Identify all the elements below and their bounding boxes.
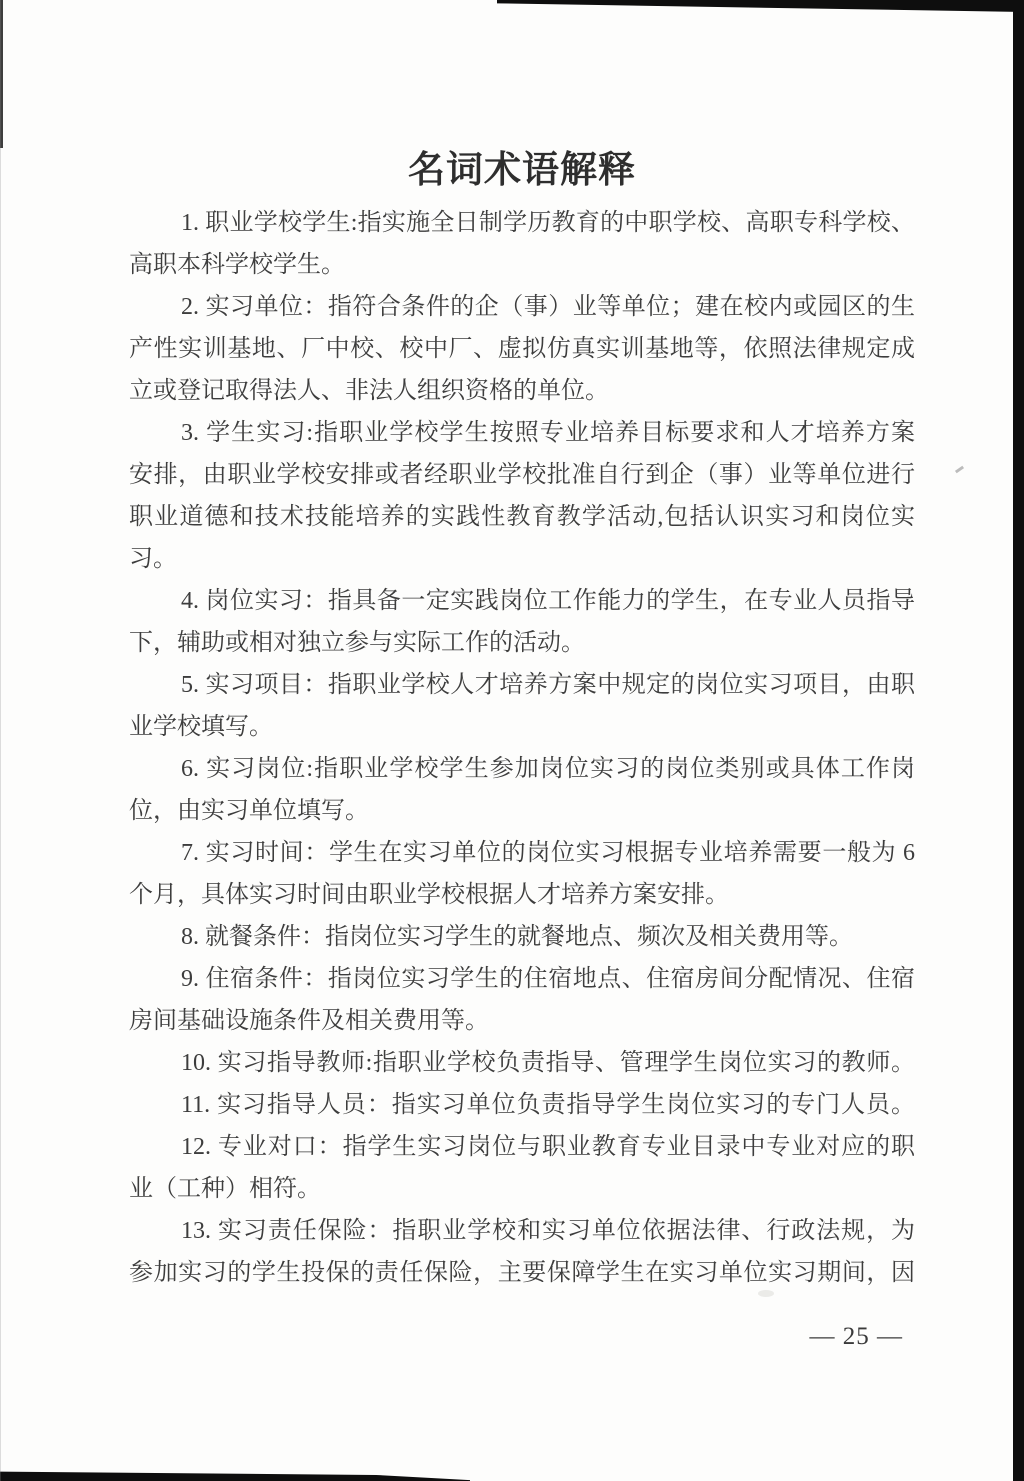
text-line: 个月，具体实习时间由职业学校根据人才培养方案安排。 [129, 874, 915, 916]
document-title: 名词术语解释 [129, 139, 915, 193]
page-number: — 25 — [129, 1323, 903, 1351]
text-line: 7. 实习时间：学生在实习单位的岗位实习根据专业培养需要一般为 6 [129, 832, 915, 874]
text-line: 11. 实习指导人员：指实习单位负责指导学生岗位实习的专门人员。 [129, 1084, 915, 1126]
scanned-document-page: 名词术语解释 1. 职业学校学生:指实施全日制学历教育的中职学校、高职专科学校、… [0, 0, 1024, 1481]
text-line: 职业道德和技术技能培养的实践性教育教学活动,包括认识实习和岗位实 [129, 496, 915, 538]
text-line: 房间基础设施条件及相关费用等。 [129, 1000, 915, 1042]
text-line: 13. 实习责任保险：指职业学校和实习单位依据法律、行政法规，为 [129, 1210, 915, 1252]
text-line: 3. 学生实习:指职业学校学生按照专业培养目标要求和人才培养方案 [129, 412, 915, 454]
scan-edge-top [497, 0, 1024, 12]
text-line: 高职本科学校学生。 [129, 244, 915, 286]
scan-artifact-tick [955, 466, 964, 474]
scan-edge-left-line [0, 0, 1, 1481]
scan-edge-bottom [0, 1470, 470, 1481]
text-line: 4. 岗位实习：指具备一定实践岗位工作能力的学生，在专业人员指导 [129, 580, 915, 622]
document-body: 1. 职业学校学生:指实施全日制学历教育的中职学校、高职专科学校、高职本科学校学… [129, 202, 915, 1294]
text-line: 业学校填写。 [129, 706, 915, 748]
text-line: 12. 专业对口：指学生实习岗位与职业教育专业目录中专业对应的职 [129, 1126, 915, 1168]
text-line: 下，辅助或相对独立参与实际工作的活动。 [129, 622, 915, 664]
text-line: 5. 实习项目：指职业学校人才培养方案中规定的岗位实习项目，由职 [129, 664, 915, 706]
scan-edge-right [1013, 0, 1024, 1481]
text-line: 参加实习的学生投保的责任保险，主要保障学生在实习单位实习期间，因 [129, 1252, 915, 1294]
text-line: 1. 职业学校学生:指实施全日制学历教育的中职学校、高职专科学校、 [129, 202, 915, 244]
text-line: 业（工种）相符。 [129, 1168, 915, 1210]
text-line: 立或登记取得法人、非法人组织资格的单位。 [129, 370, 915, 412]
text-line: 6. 实习岗位:指职业学校学生参加岗位实习的岗位类别或具体工作岗 [129, 748, 915, 790]
text-line: 习。 [129, 538, 915, 580]
text-line: 产性实训基地、厂中校、校中厂、虚拟仿真实训基地等，依照法律规定成 [129, 328, 915, 370]
text-line: 安排，由职业学校安排或者经职业学校批准自行到企（事）业等单位进行 [129, 454, 915, 496]
text-line: 9. 住宿条件：指岗位实习学生的住宿地点、住宿房间分配情况、住宿 [129, 958, 915, 1000]
text-line: 2. 实习单位：指符合条件的企（事）业等单位；建在校内或园区的生 [129, 286, 915, 328]
text-line: 8. 就餐条件：指岗位实习学生的就餐地点、频次及相关费用等。 [129, 916, 915, 958]
text-line: 位，由实习单位填写。 [129, 790, 915, 832]
text-line: 10. 实习指导教师:指职业学校负责指导、管理学生岗位实习的教师。 [129, 1042, 915, 1084]
